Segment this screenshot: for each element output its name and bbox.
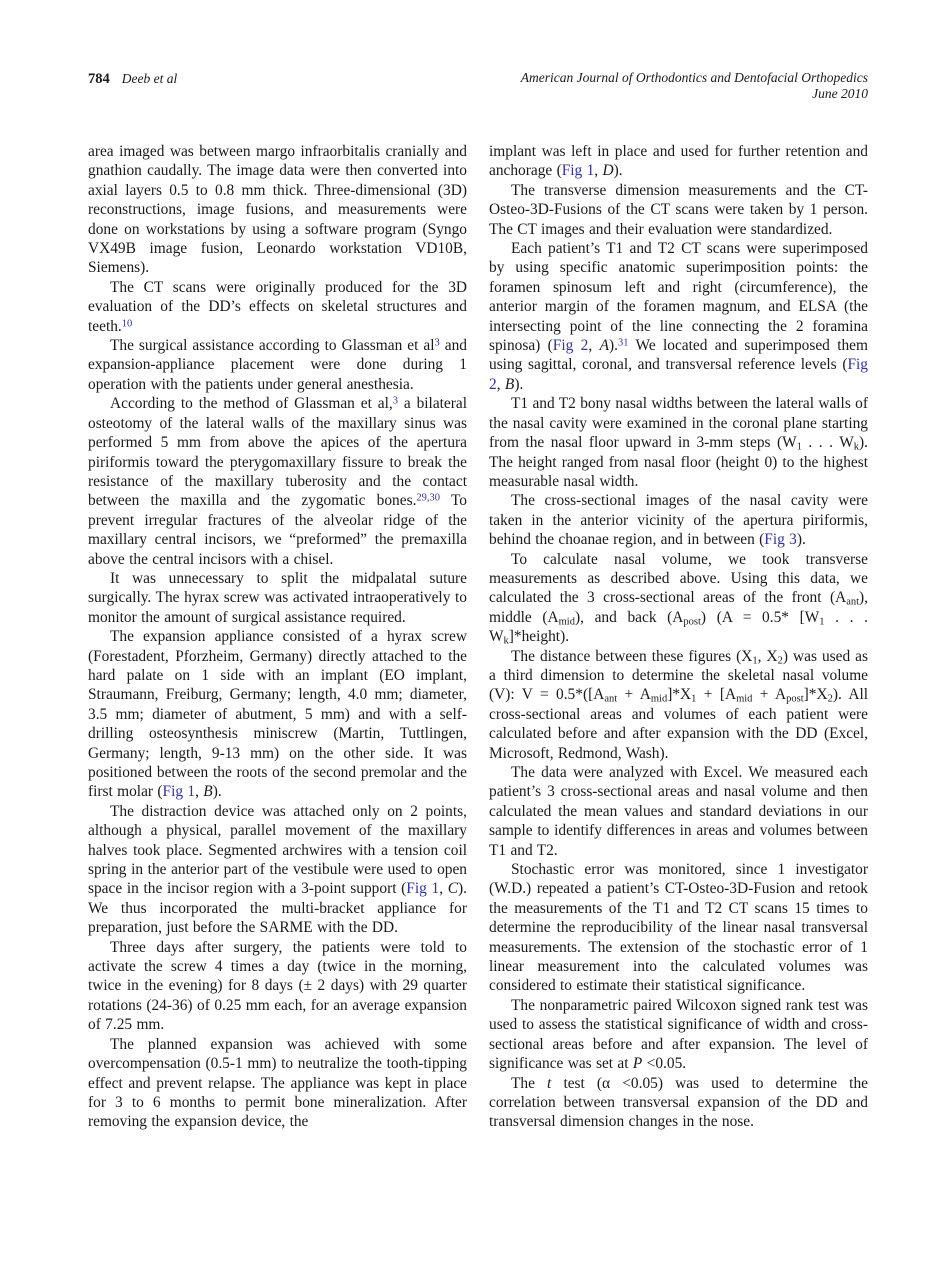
- paragraph: The planned expansion was achieved with …: [88, 1035, 467, 1132]
- page-header: 784Deeb et al American Journal of Orthod…: [88, 70, 868, 102]
- column-right: implant was left in place and used for f…: [489, 142, 868, 1132]
- body-text: ) (A = 0.5* [W: [701, 609, 819, 626]
- body-text: implant was left in place and used for f…: [489, 143, 868, 179]
- journal-page: 784Deeb et al American Journal of Orthod…: [0, 0, 950, 1272]
- figure-ref-link[interactable]: Fig 1: [163, 783, 196, 800]
- paragraph: Each patient’s T1 and T2 CT scans were s…: [489, 239, 868, 394]
- subscript-text: ant: [604, 694, 617, 705]
- paragraph: To calculate nasal volume, we took trans…: [489, 550, 868, 647]
- reference-superscript-link[interactable]: 31: [618, 338, 629, 349]
- page-number: 784: [88, 71, 110, 87]
- body-text: According to the method of Glassman et a…: [110, 395, 393, 412]
- body-text: ]*X: [667, 686, 691, 703]
- article-body: area imaged was between margo infraorbit…: [88, 142, 868, 1132]
- body-text: + A: [617, 686, 651, 703]
- reference-superscript-link[interactable]: 10: [122, 318, 133, 329]
- body-text: + A: [752, 686, 786, 703]
- reference-superscript-link[interactable]: 29,30: [416, 493, 440, 504]
- body-text: a bilateral osteotomy of the lateral wal…: [88, 395, 467, 509]
- italic-text: B: [203, 783, 212, 800]
- paragraph: Stochastic error was monitored, since 1 …: [489, 860, 868, 996]
- paragraph: The data were analyzed with Excel. We me…: [489, 763, 868, 860]
- italic-text: P: [633, 1055, 642, 1072]
- paragraph: The nonparametric paired Wilcoxon signed…: [489, 996, 868, 1074]
- paragraph: The cross-sectional images of the nasal …: [489, 491, 868, 549]
- body-text: The surgical assistance according to Gla…: [110, 337, 435, 354]
- figure-ref-link[interactable]: Fig 2: [553, 337, 589, 354]
- body-text: ]*X: [804, 686, 828, 703]
- body-text: . . . W: [802, 434, 854, 451]
- paragraph: area imaged was between margo infraorbit…: [88, 142, 467, 278]
- italic-text: D: [603, 162, 614, 179]
- paragraph: implant was left in place and used for f…: [489, 142, 868, 181]
- subscript-text: mid: [559, 616, 575, 627]
- body-text: The expansion appliance consisted of a h…: [88, 628, 467, 800]
- issue-date: June 2010: [521, 86, 868, 102]
- paragraph: According to the method of Glassman et a…: [88, 394, 467, 569]
- body-text: <0.05.: [642, 1055, 686, 1072]
- italic-text: B: [505, 376, 514, 393]
- body-text: ,: [439, 880, 448, 897]
- body-text: ).: [614, 162, 623, 179]
- running-head-left: 784Deeb et al: [88, 70, 177, 88]
- body-text: It was unnecessary to split the midpalat…: [88, 570, 467, 626]
- figure-ref-link[interactable]: Fig 1: [406, 880, 439, 897]
- subscript-text: ant: [846, 597, 859, 608]
- body-text: To calculate nasal volume, we took trans…: [489, 551, 868, 607]
- paragraph: It was unnecessary to split the midpalat…: [88, 569, 467, 627]
- body-text: ).: [213, 783, 222, 800]
- paragraph: The distraction device was attached only…: [88, 802, 467, 938]
- italic-text: A: [600, 337, 609, 354]
- body-text: The distance between these figures (X: [511, 648, 752, 665]
- body-text: The transverse dimension measurements an…: [489, 182, 868, 238]
- body-text: Three days after surgery, the patients w…: [88, 939, 467, 1034]
- body-text: The planned expansion was achieved with …: [88, 1036, 467, 1131]
- subscript-text: post: [683, 616, 701, 627]
- running-head-right: American Journal of Orthodontics and Den…: [521, 70, 868, 102]
- figure-ref-link[interactable]: Fig 1: [562, 162, 595, 179]
- body-text: ,: [594, 162, 602, 179]
- column-left: area imaged was between margo infraorbit…: [88, 142, 467, 1132]
- paragraph: The CT scans were originally produced fo…: [88, 278, 467, 336]
- body-text: + [A: [696, 686, 736, 703]
- body-text: ).: [797, 531, 806, 548]
- body-text: The cross-sectional images of the nasal …: [489, 492, 868, 548]
- subscript-text: mid: [736, 694, 752, 705]
- body-text: Stochastic error was monitored, since 1 …: [489, 861, 868, 994]
- paragraph: The distance between these figures (X1, …: [489, 647, 868, 763]
- journal-name: American Journal of Orthodontics and Den…: [521, 70, 868, 86]
- body-text: The data were analyzed with Excel. We me…: [489, 764, 868, 859]
- subscript-text: post: [786, 694, 804, 705]
- body-text: , X: [758, 648, 778, 665]
- body-text: ).: [514, 376, 523, 393]
- body-text: ).: [609, 337, 618, 354]
- body-text: ]*height).: [509, 628, 569, 645]
- body-text: The CT scans were originally produced fo…: [88, 279, 467, 335]
- body-text: ,: [588, 337, 599, 354]
- running-author: Deeb et al: [122, 71, 177, 86]
- body-text: The: [511, 1075, 547, 1092]
- paragraph: The expansion appliance consisted of a h…: [88, 627, 467, 802]
- paragraph: Three days after surgery, the patients w…: [88, 938, 467, 1035]
- paragraph: T1 and T2 bony nasal widths between the …: [489, 394, 868, 491]
- body-text: ,: [497, 376, 505, 393]
- paragraph: The t test (α <0.05) was used to determi…: [489, 1074, 868, 1132]
- paragraph: The transverse dimension measurements an…: [489, 181, 868, 239]
- body-text: ), and back (A: [575, 609, 683, 626]
- italic-text: C: [448, 880, 458, 897]
- subscript-text: mid: [651, 694, 667, 705]
- paragraph: The surgical assistance according to Gla…: [88, 336, 467, 394]
- body-text: area imaged was between margo infraorbit…: [88, 143, 467, 276]
- figure-ref-link[interactable]: Fig 3: [764, 531, 797, 548]
